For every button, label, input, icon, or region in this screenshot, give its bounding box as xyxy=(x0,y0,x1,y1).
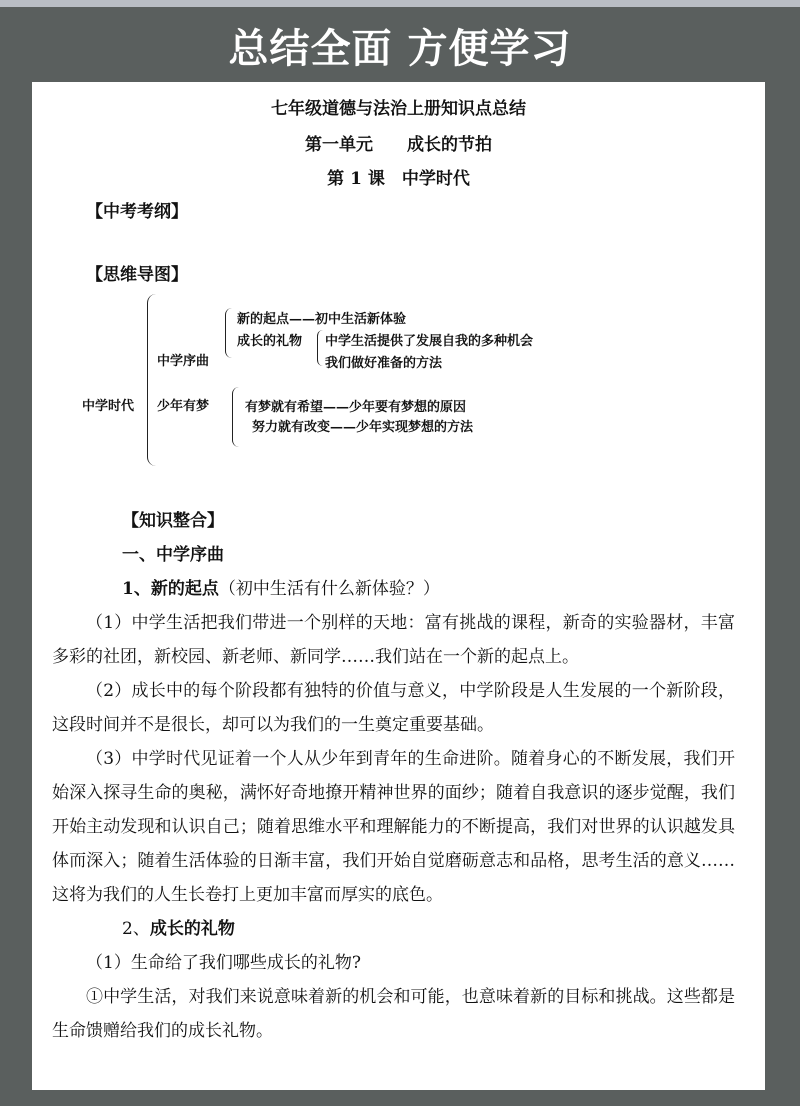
mm-b1-leaf2: 成长的礼物 xyxy=(237,330,302,349)
mm-b2-leaf2: 努力就有改变——少年实现梦想的方法 xyxy=(252,416,473,435)
mm-branch2: 少年有梦 xyxy=(157,395,209,414)
top-strip xyxy=(0,0,800,7)
lesson-title: 第 1 课 中学时代 xyxy=(32,164,765,189)
brace-branch2 xyxy=(232,387,239,447)
mm-root: 中学时代 xyxy=(82,395,134,414)
brace-gift xyxy=(317,330,323,366)
mm-branch1: 中学序曲 xyxy=(157,350,209,369)
item2-title: 成长的礼物 xyxy=(150,919,235,939)
section1-heading: 一、中学序曲 xyxy=(52,538,735,572)
paragraph-1: （1）中学生活把我们带进一个别样的天地：富有挑战的课程，新奇的实验器材，丰富多彩… xyxy=(52,606,735,674)
doc-title: 七年级道德与法治上册知识点总结 xyxy=(32,94,765,119)
knowledge-heading: 【知识整合】 xyxy=(52,504,735,538)
brace-branch1 xyxy=(225,308,232,358)
unit-title: 第一单元 成长的节拍 xyxy=(32,130,765,155)
item1-heading: 1、新的起点（初中生活有什么新体验？） xyxy=(52,572,735,606)
item1-title: 1、新的起点 xyxy=(122,579,219,599)
paragraph-3: （3）中学时代见证着一个人从少年到青年的生命进阶。随着身心的不断发展，我们开始深… xyxy=(52,742,735,912)
mm-b1-sub1: 中学生活提供了发展自我的多种机会 xyxy=(325,330,533,349)
paragraph-2: （2）成长中的每个阶段都有独特的价值与意义，中学阶段是人生发展的一个新阶段，这段… xyxy=(52,674,735,742)
mind-map-heading: 【思维导图】 xyxy=(86,260,188,285)
item2-heading: 2、成长的礼物 xyxy=(52,912,735,946)
document-page: 七年级道德与法治上册知识点总结 第一单元 成长的节拍 第 1 课 中学时代 【中… xyxy=(32,82,765,1090)
paragraph-5: ①中学生活，对我们来说意味着新的机会和可能，也意味着新的目标和挑战。这些都是生命… xyxy=(52,980,735,1048)
mm-b1-leaf1: 新的起点——初中生活新体验 xyxy=(237,308,406,327)
banner-title: 总结全面 方便学习 xyxy=(0,22,800,76)
paragraph-4: （1）生命给了我们哪些成长的礼物? xyxy=(52,946,735,980)
item2-num: 2、 xyxy=(122,919,150,939)
mm-b2-leaf1: 有梦就有希望——少年要有梦想的原因 xyxy=(245,396,466,415)
brace-root xyxy=(147,294,156,466)
mm-b1-sub2: 我们做好准备的方法 xyxy=(325,352,442,371)
item1-question: （初中生活有什么新体验？） xyxy=(219,579,440,599)
knowledge-section: 【知识整合】 一、中学序曲 1、新的起点（初中生活有什么新体验？） （1）中学生… xyxy=(52,504,735,1048)
exam-outline-heading: 【中考考纲】 xyxy=(86,197,188,222)
